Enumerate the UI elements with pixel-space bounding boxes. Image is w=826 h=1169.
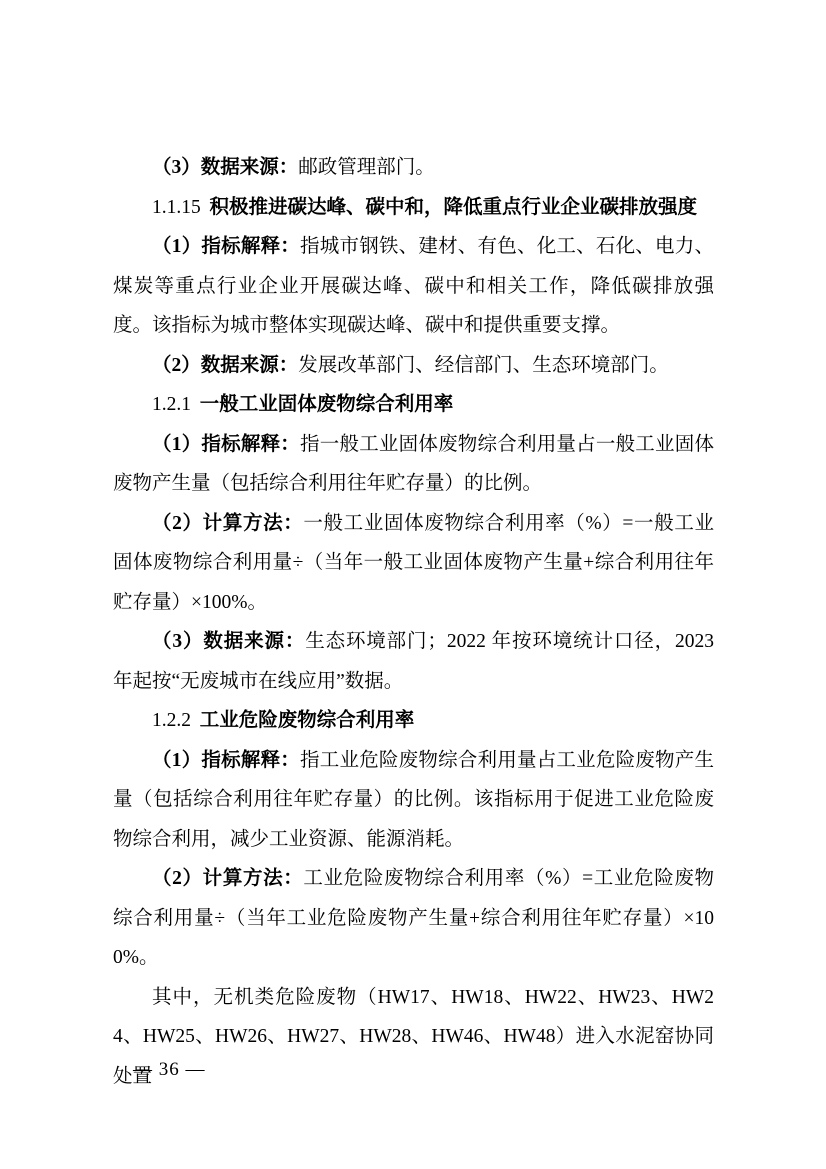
section-heading: 1.1.15积极推进碳达峰、碳中和，降低重点行业企业碳排放强度 — [113, 188, 714, 228]
paragraph: （1）指标解释：指城市钢铁、建材、有色、化工、石化、电力、煤炭等重点行业企业开展… — [113, 227, 714, 346]
paragraph: （3）数据来源：邮政管理部门。 — [113, 148, 714, 188]
page-footer: — 36 — — [133, 1055, 206, 1085]
paragraph-label: （1）指标解释： — [152, 236, 300, 257]
paragraph-label: （2）计算方法： — [152, 868, 303, 889]
paragraph: （2）计算方法：一般工业固体废物综合利用率（%）=一般工业固体废物综合利用量÷（… — [113, 504, 714, 623]
section-title: 一般工业固体废物综合利用率 — [200, 394, 454, 415]
paragraph-label: （1）指标解释： — [152, 434, 300, 455]
paragraph-label: （3）数据来源： — [152, 631, 305, 652]
document-body: （3）数据来源：邮政管理部门。1.1.15积极推进碳达峰、碳中和，降低重点行业企… — [113, 148, 714, 1096]
section-heading: 1.2.1一般工业固体废物综合利用率 — [113, 385, 714, 425]
paragraph-label: （1）指标解释： — [152, 750, 300, 771]
section-title: 工业危险废物综合利用率 — [200, 710, 415, 731]
paragraph-text: 发展改革部门、经信部门、生态环境部门。 — [298, 355, 669, 376]
paragraph-label: （3）数据来源： — [152, 157, 298, 178]
section-number: 1.1.15 — [152, 197, 201, 218]
paragraph: （3）数据来源：生态环境部门；2022 年按环境统计口径，2023 年起按“无废… — [113, 622, 714, 701]
paragraph: （1）指标解释：指一般工业固体废物综合利用量占一般工业固体废物产生量（包括综合利… — [113, 425, 714, 504]
paragraph-label: （2）计算方法： — [152, 513, 303, 534]
page-number: — 36 — — [133, 1059, 206, 1080]
section-number: 1.2.2 — [152, 710, 191, 731]
section-number: 1.2.1 — [152, 394, 191, 415]
paragraph: （2）数据来源：发展改革部门、经信部门、生态环境部门。 — [113, 346, 714, 386]
paragraph: （1）指标解释：指工业危险废物综合利用量占工业危险废物产生量（包括综合利用往年贮… — [113, 741, 714, 860]
section-heading: 1.2.2工业危险废物综合利用率 — [113, 701, 714, 741]
paragraph-label: （2）数据来源： — [152, 355, 298, 376]
paragraph: （2）计算方法：工业危险废物综合利用率（%）=工业危险废物综合利用量÷（当年工业… — [113, 859, 714, 978]
document-page: （3）数据来源：邮政管理部门。1.1.15积极推进碳达峰、碳中和，降低重点行业企… — [0, 0, 826, 1169]
paragraph-text: 邮政管理部门。 — [298, 157, 435, 178]
section-title: 积极推进碳达峰、碳中和，降低重点行业企业碳排放强度 — [210, 197, 698, 218]
